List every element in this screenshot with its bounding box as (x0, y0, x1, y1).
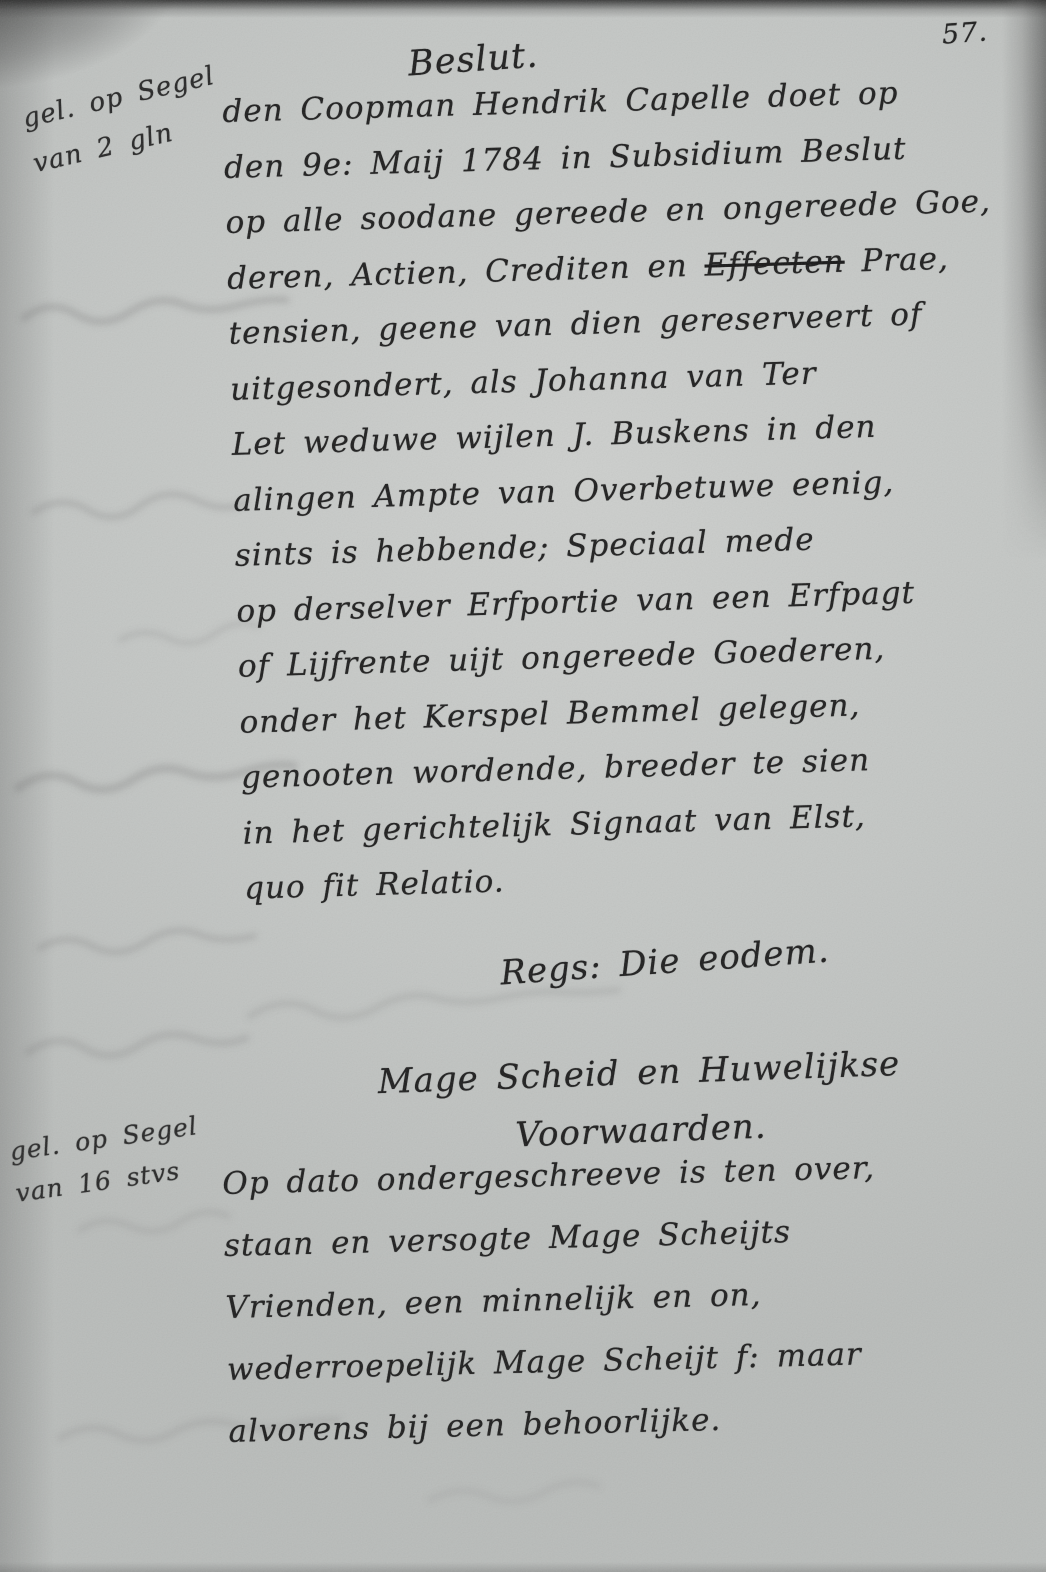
strikethrough-word: Effecten (704, 243, 845, 283)
line-text: Prae, (844, 240, 949, 279)
manuscript-page: 57. Beslut. gel. op Segel van 2 gln gel.… (0, 0, 1046, 1572)
entry1-heading: Beslut. (407, 36, 540, 85)
registration-note: Regs: Die eodem. (499, 931, 831, 994)
page-number: 57. (941, 16, 989, 50)
entry1-body: den Coopman Hendrik Capelle doet op den … (222, 71, 1046, 926)
page-edge-left-shadow (0, 0, 60, 1572)
page-edge-bottom-shadow (0, 1562, 1046, 1572)
entry2-body: Op dato ondergeschreeve is ten over, sta… (222, 1146, 1046, 1476)
page-edge-right-shadow (1002, 0, 1046, 560)
